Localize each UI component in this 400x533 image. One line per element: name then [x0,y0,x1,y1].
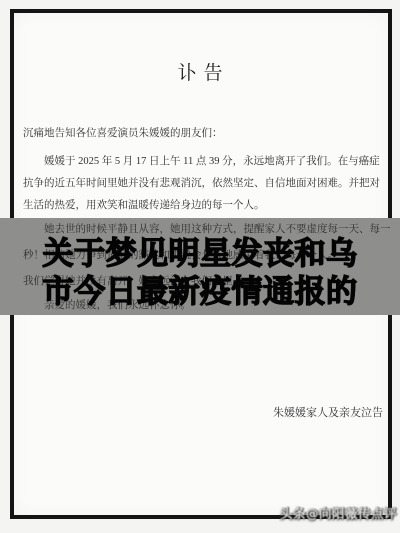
caption-line-1: 关于梦见明星发丧和乌 [0,235,400,273]
caption-line-2: 市今日最新疫情通报的 [0,273,400,311]
obituary-signature: 朱媛媛家人及亲友泣告 [23,404,383,420]
obituary-body-line: 媛媛于 2025 年 5 月 17 日上午 11 点 39 分，永远地离开了我们… [23,156,385,168]
obituary-body-line: 抗争的近五年时间里她并没有悲观消沉，依然坚定、自信地面对困难。并把对 [23,178,385,190]
uploader-watermark: 头条@向阳薇传点评 [280,504,397,522]
obituary-title: 讣告 [14,58,386,85]
obituary-body-line: 沉痛地告知各位喜爱演员朱媛媛的朋友们： [23,128,385,140]
screenshot-stage: 讣告 沉痛地告知各位喜爱演员朱媛媛的朋友们： 媛媛于 2025 年 5 月 17… [0,0,400,533]
caption-overlay-text: 关于梦见明星发丧和乌 市今日最新疫情通报的 [0,235,400,311]
obituary-body-line: 生活的热爱，用欢笑和温暖传递给身边的每一个人。 [23,200,385,212]
